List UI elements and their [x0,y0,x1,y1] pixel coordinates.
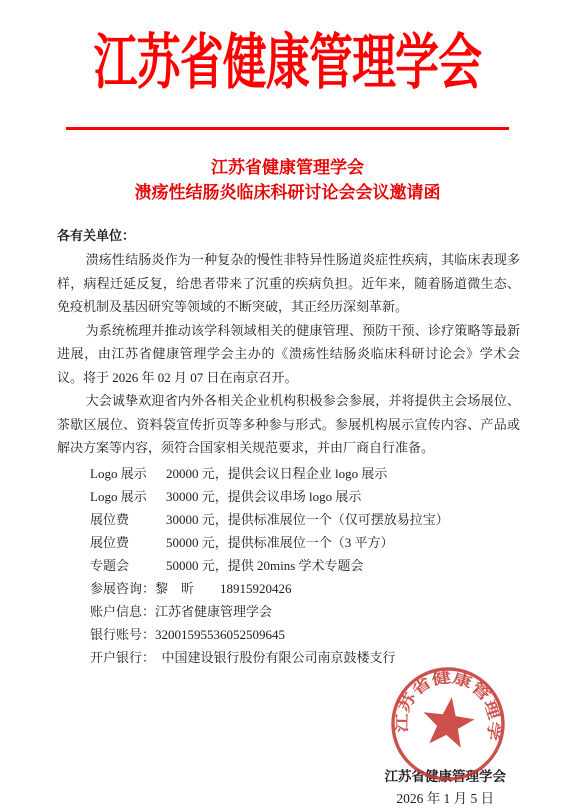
contact-list: 参展咨询：黎 昕 18915920426 账户信息：江苏省健康管理学会 银行账号… [57,577,520,669]
paragraph-conference: 为系统梳理并推动该学科领域相关的健康管理、预防干预、诊疗策略等最新进展，由江苏省… [57,319,520,390]
body-paragraphs: 溃疡性结肠炎作为一种复杂的慢性非特异性肠道炎症性疾病，其临床表现多样，病程迁延反… [57,248,520,460]
paragraph-intro: 溃疡性结肠炎作为一种复杂的慢性非特异性肠道炎症性疾病，其临床表现多样，病程迁延反… [57,248,520,319]
footer-signature-block: 江苏省健康管理学会 2026 年 1 月 5 日 [385,767,507,808]
contact-row-account-name: 账户信息：江苏省健康管理学会 [57,600,520,623]
contact-label: 参展咨询： [90,581,155,596]
fee-list: Logo 展示 20000 元，提供会议日程企业 logo 展示 Logo 展示… [57,462,520,577]
contact-value: 黎 昕 18915920426 [155,581,292,596]
red-divider-line [66,127,509,130]
seal-star-icon [420,694,478,749]
document-page: 江苏省健康管理学会 江苏省健康管理学会 溃疡性结肠炎临床科研讨论会会议邀请函 各… [0,0,575,810]
fee-details: 50000 元，提供标准展位一个（3 平方） [166,531,394,554]
fee-details: 30000 元，提供标准展位一个（仅可摆放易拉宝） [166,508,449,531]
fee-label: 展位费 [90,508,166,531]
contact-row-account-number: 银行账号：32001595536052509645 [57,623,520,646]
doc-title: 江苏省健康管理学会 溃疡性结肠炎临床科研讨论会会议邀请函 [0,155,575,205]
fee-row-symposium-50000: 专题会 50000 元，提供 20mins 学术专题会 [57,554,520,577]
contact-value: 江苏省健康管理学会 [155,604,272,619]
contact-value: 中国建设银行股份有限公司南京鼓楼支行 [149,650,396,665]
contact-label: 账户信息： [90,604,155,619]
letterhead-title: 江苏省健康管理学会 [0,30,575,96]
seal-org-name: 江苏省健康管理学会 [386,666,513,749]
contact-label: 开户银行： [90,650,149,665]
fee-label: 专题会 [90,554,166,577]
letter-body: 各有关单位： 溃疡性结肠炎作为一种复杂的慢性非特异性肠道炎症性疾病，其临床表现多… [57,223,520,669]
seal-text-curved: 江苏省健康管理学会 [386,666,513,749]
fee-row-logo-30000: Logo 展示 30000 元，提供会议串场 logo 展示 [57,485,520,508]
contact-label: 银行账号： [90,627,155,642]
fee-details: 20000 元，提供会议日程企业 logo 展示 [166,462,387,485]
footer-date: 2026 年 1 月 5 日 [385,789,507,808]
letterhead-org-name: 江苏省健康管理学会 [94,30,482,96]
salutation: 各有关单位： [57,223,520,248]
fee-row-logo-20000: Logo 展示 20000 元，提供会议日程企业 logo 展示 [57,462,520,485]
fee-row-booth-50000: 展位费 50000 元，提供标准展位一个（3 平方） [57,531,520,554]
doc-title-line2: 溃疡性结肠炎临床科研讨论会会议邀请函 [0,180,575,205]
fee-label: Logo 展示 [90,462,166,485]
fee-details: 50000 元，提供 20mins 学术专题会 [166,554,364,577]
fee-label: Logo 展示 [90,485,166,508]
fee-details: 30000 元，提供会议串场 logo 展示 [166,485,361,508]
footer-signature: 江苏省健康管理学会 [385,767,507,786]
fee-label: 展位费 [90,531,166,554]
doc-title-line1: 江苏省健康管理学会 [0,155,575,180]
contact-value: 32001595536052509645 [155,627,285,642]
contact-row-consult: 参展咨询：黎 昕 18915920426 [57,577,520,600]
contact-row-bank: 开户银行： 中国建设银行股份有限公司南京鼓楼支行 [57,646,520,669]
paragraph-exhibition: 大会诚挚欢迎省内外各相关企业机构积极参会参展，并将提供主会场展位、茶歇区展位、资… [57,389,520,460]
fee-row-booth-30000: 展位费 30000 元，提供标准展位一个（仅可摆放易拉宝） [57,508,520,531]
